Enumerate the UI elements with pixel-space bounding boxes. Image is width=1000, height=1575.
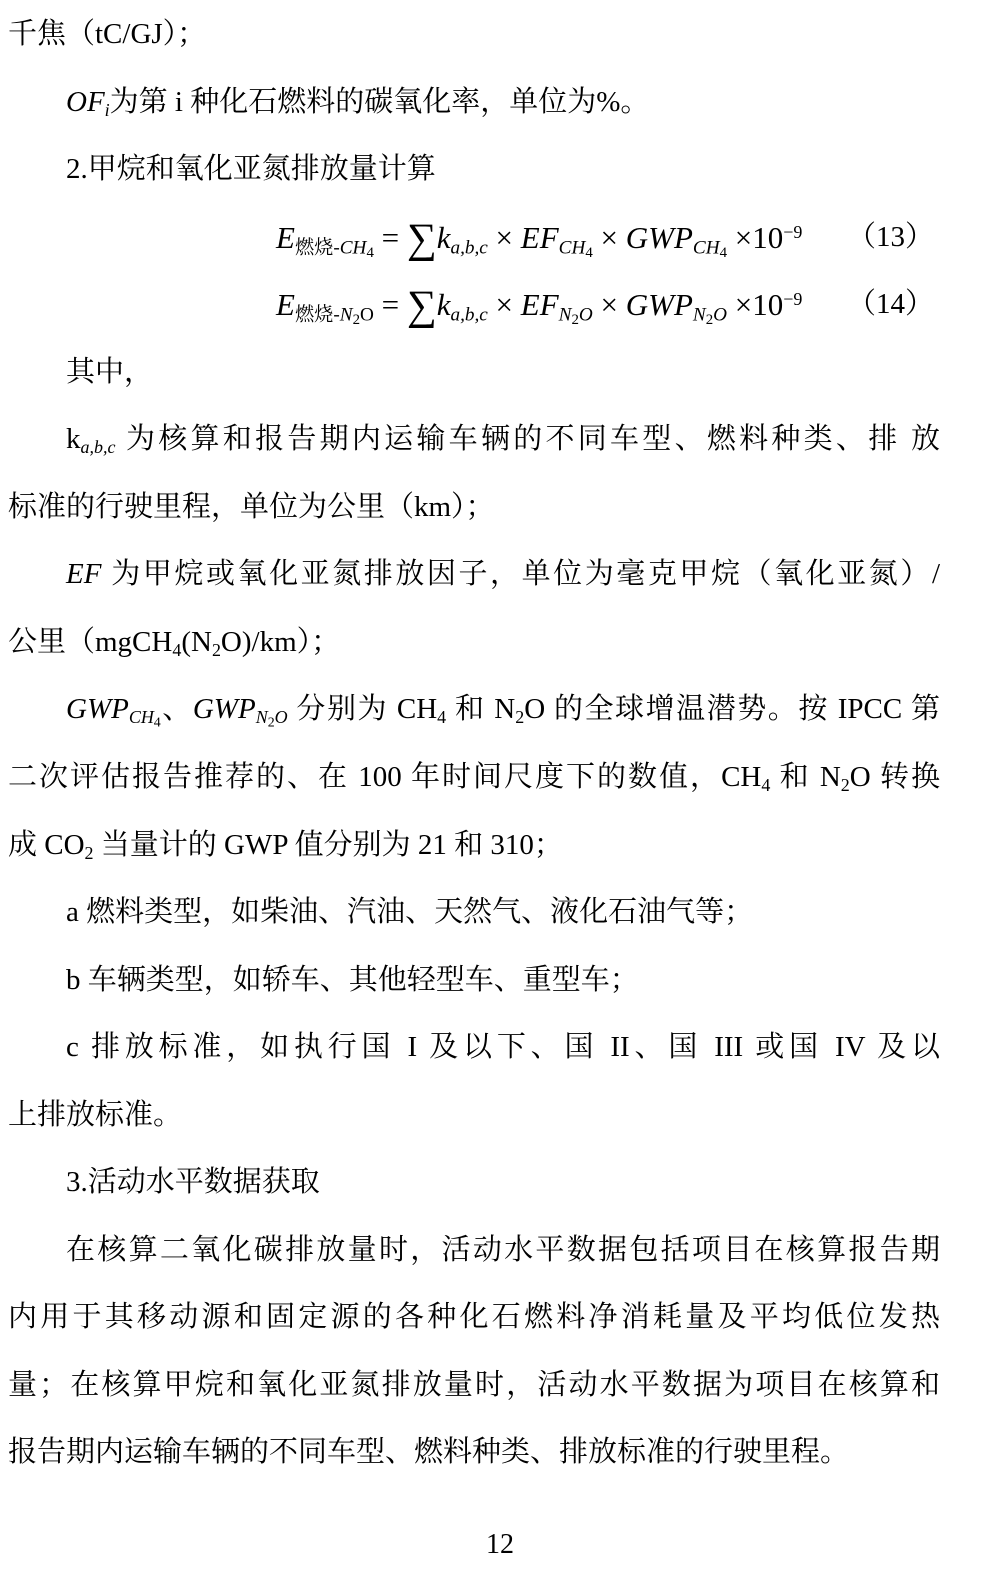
text-segment: O <box>360 305 374 326</box>
equation-14: E燃烧-N2O = ∑ka,b,c × EFN2O × GWPN2O ×10−9… <box>8 271 940 339</box>
text-segment: E <box>276 220 295 255</box>
para-activity-line1: 在核算二氧化碳排放量时，活动水平数据包括项目在核算报告期 <box>8 1217 940 1285</box>
text-segment: b 车辆类型，如轿车、其他轻型车、重型车； <box>66 964 639 996</box>
text-segment: = <box>374 287 407 322</box>
text-segment: 2 <box>353 313 360 329</box>
text-segment: 2 <box>841 775 850 795</box>
para-k-definition-line2: 标准的行驶里程，单位为公里（km）； <box>8 474 940 542</box>
text-segment: 4 <box>761 775 770 795</box>
equation-number: （14） <box>847 271 940 339</box>
text-segment: N <box>693 305 706 326</box>
page-number: 12 <box>0 1531 1000 1559</box>
text-segment: CH <box>693 237 720 258</box>
formula: E燃烧-CH4 = ∑ka,b,c × EFCH4 × GWPCH4 ×10−9 <box>276 222 847 253</box>
para-of-definition: OFi为第 i 种化石燃料的碳氧化率，单位为%。 <box>8 69 940 137</box>
text-segment: N <box>256 708 268 728</box>
para-kilojoule-continuation: 千焦（tC/GJ）； <box>8 1 940 69</box>
text-segment: 为第 i 种化石燃料的碳氧化率，单位为%。 <box>110 86 650 118</box>
text-segment: 上排放标准。 <box>8 1099 182 1131</box>
para-activity-line2: 内用于其移动源和固定源的各种化石燃料净消耗量及平均低位发热 <box>8 1284 940 1352</box>
text-segment: −9 <box>783 222 802 242</box>
text-segment: 为核算和报告期内运输车辆的不同车型、燃料种类、排 放 <box>115 423 940 455</box>
para-activity-line3: 量；在核算甲烷和氧化亚氮排放量时，活动水平数据为项目在核算和 <box>8 1352 940 1420</box>
text-segment: EF <box>521 287 559 322</box>
heading-section-2: 2.甲烷和氧化亚氮排放量计算 <box>8 136 940 204</box>
text-segment: GWP <box>626 220 693 255</box>
text-segment: ×10 <box>727 287 783 322</box>
text-segment: 其中， <box>66 356 153 388</box>
text-segment: CH <box>129 708 154 728</box>
heading-section-3: 3.活动水平数据获取 <box>8 1149 940 1217</box>
text-segment: k <box>437 220 451 255</box>
text-segment: ×10 <box>727 220 783 255</box>
para-ef-definition-line2: 公里（mgCH4(N2O)/km）； <box>8 609 940 677</box>
text-segment: EF <box>66 558 101 590</box>
para-emission-standard-line2: 上排放标准。 <box>8 1082 940 1150</box>
text-segment: O <box>713 305 727 326</box>
para-gwp-line3: 成 CO2 当量计的 GWP 值分别为 21 和 310； <box>8 812 940 880</box>
text-segment: 二次评估报告推荐的、在 100 年时间尺度下的数值，CH <box>8 761 761 793</box>
text-segment: 分别为 CH <box>288 693 438 725</box>
equation-13: E燃烧-CH4 = ∑ka,b,c × EFCH4 × GWPCH4 ×10−9… <box>8 204 940 272</box>
text-segment: 当量计的 GWP 值分别为 21 和 310； <box>94 829 563 861</box>
text-segment: 2.甲烷和氧化亚氮排放量计算 <box>66 153 436 185</box>
text-segment: a,b,c <box>450 305 487 326</box>
text-segment: 2 <box>85 843 94 863</box>
para-among: 其中， <box>8 339 940 407</box>
text-segment: 和 N <box>770 761 840 793</box>
text-segment: × <box>488 287 521 322</box>
text-segment: 4 <box>172 640 181 660</box>
text-segment: 、 <box>161 693 193 725</box>
para-emission-standard-line1: c 排放标准，如执行国 I 及以下、国 II、国 III 或国 IV 及以 <box>8 1014 940 1082</box>
para-gwp-line1: GWPCH4、GWPN2O 分别为 CH4 和 N2O 的全球增温潜势。按 IP… <box>8 676 940 744</box>
text-segment: N <box>559 305 572 326</box>
text-segment: E <box>276 287 295 322</box>
para-vehicle-type: b 车辆类型，如轿车、其他轻型车、重型车； <box>8 947 940 1015</box>
text-segment: 4 <box>720 245 727 261</box>
text-segment: a,b,c <box>81 437 116 457</box>
text-segment: −9 <box>783 289 802 309</box>
para-ef-definition-line1: EF 为甲烷或氧化亚氮排放因子，单位为毫克甲烷（氧化亚氮）/ <box>8 541 940 609</box>
text-segment: O)/km）； <box>221 626 340 658</box>
text-segment: 标准的行驶里程，单位为公里（km）； <box>8 491 495 523</box>
text-segment: CH <box>340 237 367 258</box>
text-segment: 燃烧- <box>295 237 340 258</box>
text-segment: 3.活动水平数据获取 <box>66 1166 320 1198</box>
text-segment: 内用于其移动源和固定源的各种化石燃料净消耗量及平均低位发热 <box>8 1301 940 1333</box>
document-body: 千焦（tC/GJ）；OFi为第 i 种化石燃料的碳氧化率，单位为%。2.甲烷和氧… <box>8 1 940 1487</box>
text-segment: GWP <box>193 693 256 725</box>
text-segment: 2 <box>515 708 524 728</box>
text-segment: O 转换 <box>850 761 940 793</box>
text-segment: × <box>593 220 626 255</box>
text-segment: 量；在核算甲烷和氧化亚氮排放量时，活动水平数据为项目在核算和 <box>8 1369 940 1401</box>
text-segment: 燃烧- <box>295 305 340 326</box>
text-segment: a 燃料类型，如柴油、汽油、天然气、液化石油气等； <box>66 896 753 928</box>
text-segment: O 的全球增温潜势。按 IPCC 第 <box>524 693 940 725</box>
equation-number: （13） <box>847 204 940 272</box>
text-segment: 4 <box>585 245 592 261</box>
text-segment: CH <box>559 237 586 258</box>
text-segment: N <box>340 305 353 326</box>
text-segment: GWP <box>626 287 693 322</box>
text-segment: 2 <box>268 716 275 731</box>
text-segment: × <box>488 220 521 255</box>
text-segment: = <box>374 220 407 255</box>
text-segment: 公里（mgCH <box>8 626 172 658</box>
text-segment: O <box>579 305 593 326</box>
text-segment: OF <box>66 86 105 118</box>
text-segment: 2 <box>571 313 578 329</box>
text-segment: 和 N <box>446 693 515 725</box>
text-segment: 报告期内运输车辆的不同车型、燃料种类、排放标准的行驶里程。 <box>8 1436 849 1468</box>
text-segment: 4 <box>437 708 446 728</box>
para-activity-line4: 报告期内运输车辆的不同车型、燃料种类、排放标准的行驶里程。 <box>8 1419 940 1487</box>
text-segment: 4 <box>366 245 373 261</box>
text-segment: 成 CO <box>8 829 85 861</box>
text-segment: GWP <box>66 693 129 725</box>
text-segment: 2 <box>212 640 221 660</box>
para-k-definition-line1: ka,b,c 为核算和报告期内运输车辆的不同车型、燃料种类、排 放 <box>8 406 940 474</box>
text-segment: 千焦（tC/GJ）； <box>8 18 206 50</box>
text-segment: k <box>437 287 451 322</box>
formula: E燃烧-N2O = ∑ka,b,c × EFN2O × GWPN2O ×10−9 <box>276 289 847 320</box>
text-segment: 为甲烷或氧化亚氮排放因子，单位为毫克甲烷（氧化亚氮）/ <box>101 558 940 590</box>
text-segment: ∑ <box>407 216 437 262</box>
text-segment: 在核算二氧化碳排放量时，活动水平数据包括项目在核算报告期 <box>66 1234 940 1266</box>
text-segment: × <box>593 287 626 322</box>
text-segment: ∑ <box>407 284 437 330</box>
text-segment: c 排放标准，如执行国 I 及以下、国 II、国 III 或国 IV 及以 <box>66 1031 940 1063</box>
text-segment: 4 <box>154 716 161 731</box>
text-segment: k <box>66 423 81 455</box>
text-segment: a,b,c <box>450 237 487 258</box>
document-page: 千焦（tC/GJ）；OFi为第 i 种化石燃料的碳氧化率，单位为%。2.甲烷和氧… <box>0 0 1000 1575</box>
text-segment: (N <box>181 626 212 658</box>
para-fuel-type: a 燃料类型，如柴油、汽油、天然气、液化石油气等； <box>8 879 940 947</box>
para-gwp-line2: 二次评估报告推荐的、在 100 年时间尺度下的数值，CH4 和 N2O 转换 <box>8 744 940 812</box>
text-segment: EF <box>521 220 559 255</box>
text-segment: O <box>275 708 288 728</box>
